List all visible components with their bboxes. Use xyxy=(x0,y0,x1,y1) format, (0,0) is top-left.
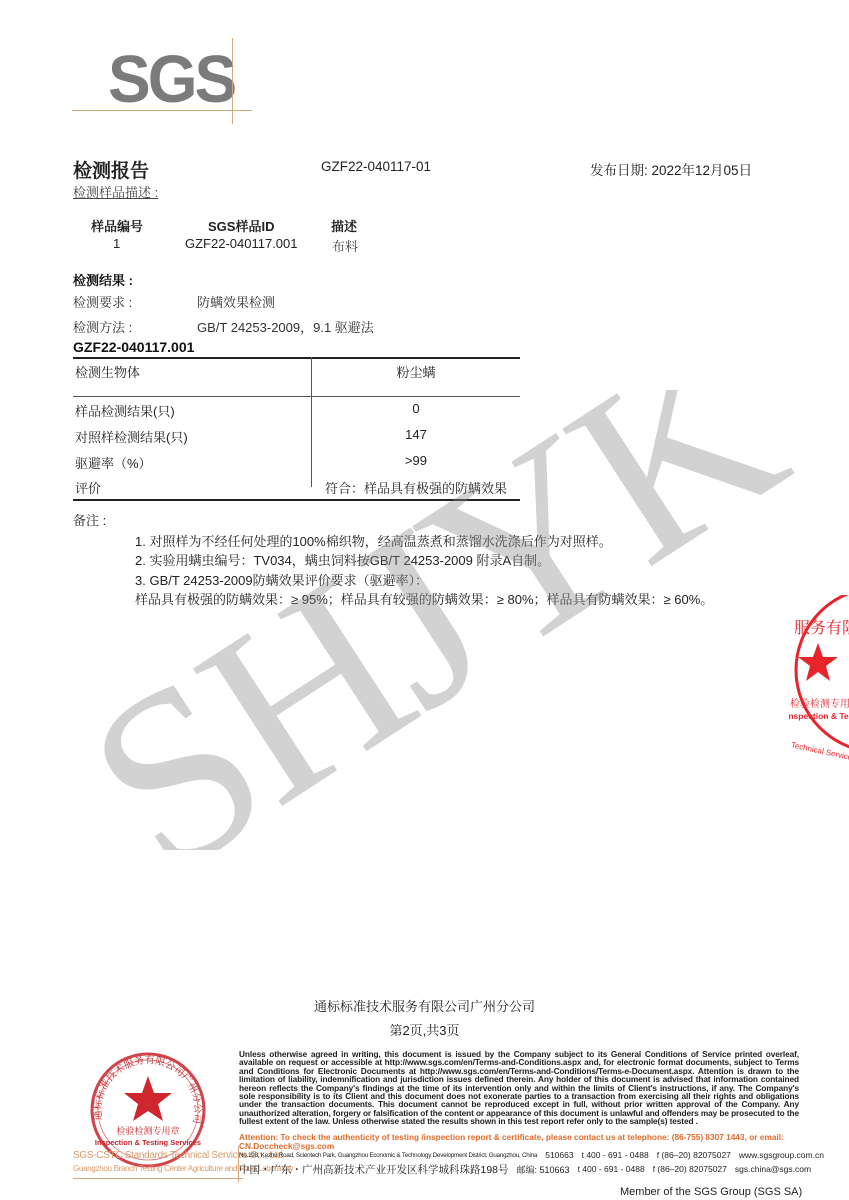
description-header: 描述 xyxy=(331,216,357,235)
organism-value: 粉尘螨 xyxy=(312,362,520,381)
fax: f (86–20) 82075027 xyxy=(653,1164,727,1174)
svg-text:服务有限公: 服务有限公 xyxy=(794,618,849,637)
issue-date: 发布日期: 2022年12月05日 xyxy=(590,159,752,179)
table-row-value: 符合：样品具有极强的防螨效果 xyxy=(312,478,520,497)
report-number: GZF22-040117-01 xyxy=(321,159,431,174)
requirement-label: 检测要求 : xyxy=(73,292,132,311)
official-seal-right: 服务有限公 检验检测专用章 Inspection & Testing Servi… xyxy=(788,595,849,775)
organism-label: 检测生物体 xyxy=(75,362,140,381)
sgs-sample-id: GZF22-040117.001 xyxy=(185,236,298,251)
result-sample-id: GZF22-040117.001 xyxy=(73,339,194,355)
table-row-label: 驱避率（%） xyxy=(75,453,152,472)
svg-text:检验检测专用章: 检验检测专用章 xyxy=(116,1125,179,1137)
note-item: 样品具有极强的防螨效果：≥ 95%；样品具有较强的防螨效果：≥ 80%；样品具有… xyxy=(135,589,713,608)
member-of-sgs: Member of the SGS Group (SGS SA) xyxy=(620,1186,802,1198)
address-en: No.198, Kezhu Road, Scientech Park, Guan… xyxy=(239,1152,537,1159)
table-row-label: 评价 xyxy=(75,478,101,497)
footer-company: 通标标准技术服务有限公司广州分公司 xyxy=(0,996,849,1015)
telephone: t 400 - 691 - 0488 xyxy=(578,1164,645,1174)
svg-text:Inspection & Testing Services: Inspection & Testing Services xyxy=(95,1138,201,1147)
table-row-value: 0 xyxy=(312,401,520,416)
notes-label: 备注 : xyxy=(73,510,106,529)
sample-description-label: 检测样品描述 : xyxy=(73,182,158,201)
logo-rule-vertical xyxy=(232,38,233,124)
sgs-logo: SGS xyxy=(72,38,257,126)
svg-text:检验检测专用章: 检验检测专用章 xyxy=(790,697,849,710)
sgs-sample-id-header: SGS样品ID xyxy=(208,216,274,235)
contact-block: No.198, Kezhu Road, Scientech Park, Guan… xyxy=(239,1148,814,1176)
requirement-value: 防螨效果检测 xyxy=(197,292,275,311)
email-link[interactable]: sgs.china@sgs.com xyxy=(735,1164,811,1174)
table-row-value: 147 xyxy=(312,427,520,442)
note-item: 3. GB/T 24253-2009防螨效果评价要求（驱避率）： xyxy=(135,570,428,589)
results-heading: 检测结果 : xyxy=(73,270,133,289)
sample-description: 布料 xyxy=(332,236,358,255)
method-value: GB/T 24253-2009，9.1 驱避法 xyxy=(197,317,374,336)
note-item: 2. 实验用螨虫编号：TV034，螨虫饲料按GB/T 24253-2009 附录… xyxy=(135,550,550,569)
report-title: 检测报告 xyxy=(73,156,149,183)
sample-no-header: 样品编号 xyxy=(91,216,143,235)
postcode: 510663 xyxy=(545,1150,573,1160)
page-number: 第2页,共3页 xyxy=(0,1020,849,1039)
note-item: 1. 对照样为不经任何处理的100%棉织物，经高温蒸煮和蒸馏水洗涤后作为对照样。 xyxy=(135,531,612,550)
star-icon xyxy=(124,1076,172,1121)
star-icon xyxy=(798,643,838,681)
table-row-value: >99 xyxy=(312,453,520,468)
website-link[interactable]: www.sgsgroup.com.cn xyxy=(739,1150,824,1160)
logo-text: SGS xyxy=(108,40,234,118)
legal-disclaimer: Unless otherwise agreed in writing, this… xyxy=(239,1050,799,1126)
footer-rule-horizontal xyxy=(73,1178,243,1179)
fax: f (86–20) 82075027 xyxy=(657,1150,731,1160)
sample-no: 1 xyxy=(113,236,120,251)
logo-rule-horizontal xyxy=(72,110,252,111)
svg-text:Inspection & Testing Services: Inspection & Testing Services xyxy=(788,711,849,721)
table-row-label: 样品检测结果(只) xyxy=(75,401,175,420)
table-row-label: 对照样检测结果(只) xyxy=(75,427,188,446)
telephone: t 400 - 691 - 0488 xyxy=(582,1150,649,1160)
postcode-cn: 邮编: 510663 xyxy=(517,1163,570,1176)
method-label: 检测方法 : xyxy=(73,317,132,336)
address-cn: 中国・广东・广州高新技术产业开发区科学城科珠路198号 xyxy=(239,1162,509,1177)
